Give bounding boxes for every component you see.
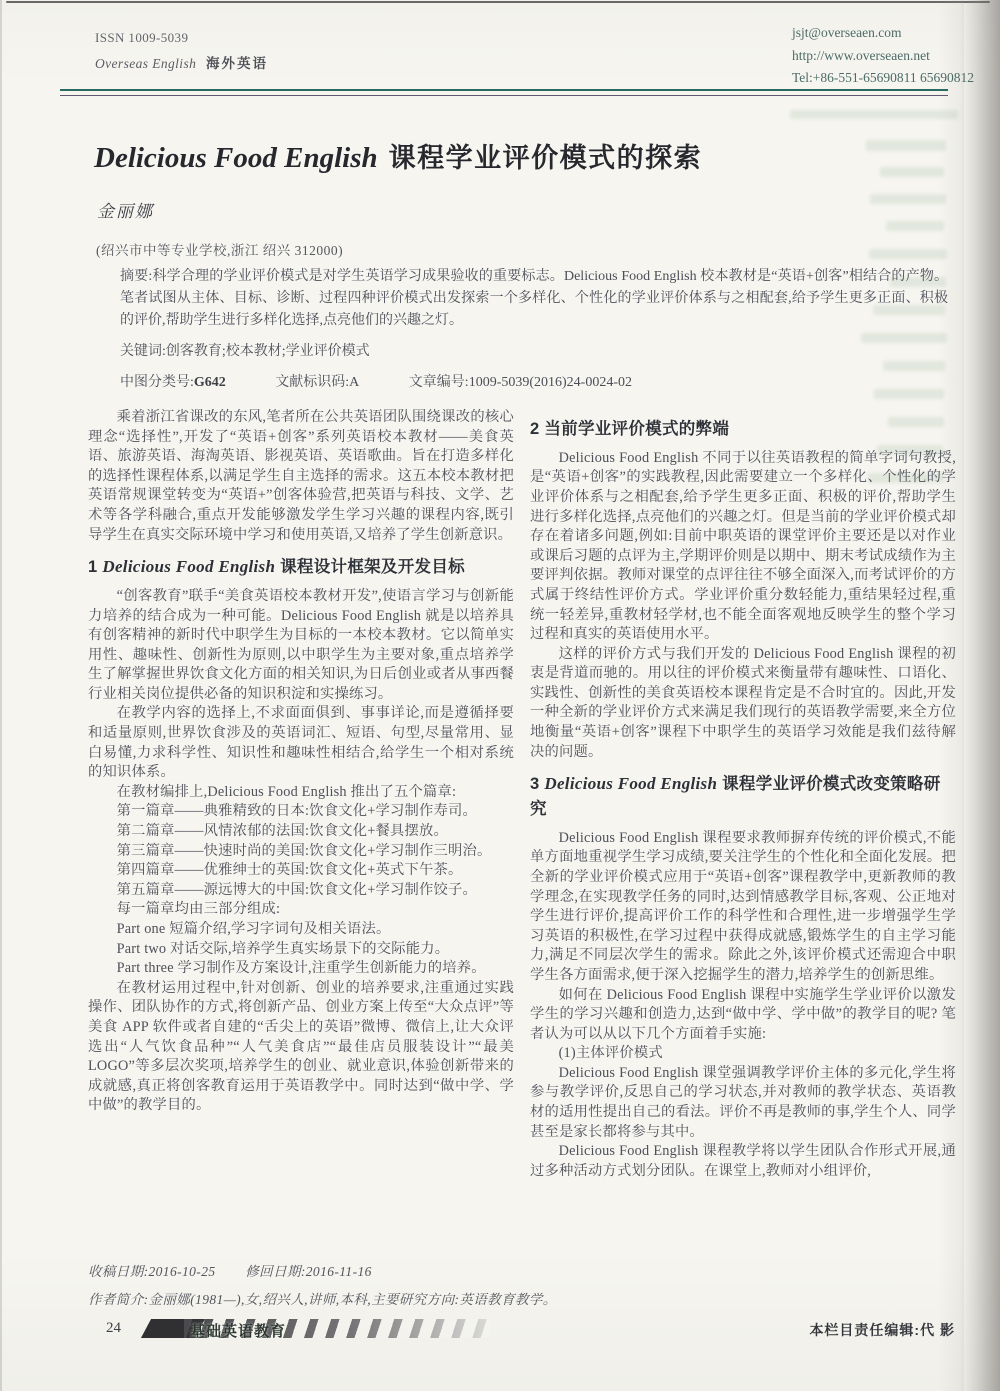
keywords-line: 关键词:创客教育;校本教材;学业评价模式 — [120, 341, 948, 363]
chapter-line: 第三篇章——快速时尚的美国:饮食文化+学习制作三明治。 — [88, 842, 514, 862]
article-title-zh: 课程学业评价模式的探索 — [389, 143, 703, 173]
paragraph: 如何在 Delicious Food English 课程中实施学生学业评价以激… — [530, 986, 956, 1045]
chapter-line: Part two 对话交际,培养学生真实场景下的交际能力。 — [88, 940, 514, 960]
chapter-line: 第二篇章——风情浓郁的法国:饮食文化+餐具摆放。 — [88, 822, 514, 842]
scanned-journal-page: ISSN 1009-5039 Overseas English 海外英语 jsj… — [0, 0, 1000, 1391]
chapter-line: 第四篇章——优雅绅士的英国:饮食文化+英式下午茶。 — [88, 861, 514, 881]
paragraph: Delicious Food English 课程要求教师摒弃传统的评价模式,不… — [530, 829, 956, 986]
contact-tel: Tel:+86-551-65690811 65690812 — [792, 67, 974, 90]
abstract-text: 科学合理的学业评价模式是对学生英语学习成果验收的重要标志。Delicious F… — [120, 269, 948, 328]
article-title-en: Delicious Food English — [94, 142, 378, 174]
section-3-title-en: Delicious Food English — [544, 774, 717, 793]
bio-text: 金丽娜(1981—),女,绍兴人,讲师,本科,主要研究方向:英语教育教学。 — [149, 1292, 557, 1307]
chapter-line: Part three 学习制作及方案设计,注重学生创新能力的培养。 — [88, 959, 514, 979]
keywords-label: 关键词: — [120, 344, 166, 359]
section-1-heading: 1 Delicious Food English 课程设计框架及开发目标 — [88, 554, 514, 580]
page-footer: 24 基础英语教育 本栏目责任编辑:代 影 — [0, 1316, 1000, 1346]
section-band: 基础英语教育 — [138, 1318, 494, 1340]
journal-name: Overseas English 海外英语 — [95, 52, 268, 72]
bio-label: 作者简介: — [88, 1292, 149, 1307]
article-title: Delicious Food English 课程学业评价模式的探索 — [94, 136, 702, 175]
issn: ISSN 1009-5039 — [95, 30, 268, 46]
band-label: 基础英语教育 — [190, 1320, 286, 1341]
contact-email: jsjt@overseaen.com — [792, 22, 974, 45]
bleed-through-mark — [869, 249, 947, 259]
classification-line: 中图分类号:G642 文献标识码:A 文章编号:1009-5039(2016)2… — [120, 372, 948, 394]
doc-code-value: A — [349, 375, 359, 390]
author-affiliation: (绍兴市中等专业学校,浙江 绍兴 312000) — [96, 239, 343, 259]
abstract-block: 摘要:科学合理的学业评价模式是对学生英语学习成果验收的重要标志。Deliciou… — [120, 266, 948, 394]
revised-date: 2016-11-16 — [306, 1264, 372, 1279]
paragraph: 在教学内容的选择上,不求面面俱到、事事详论,而是遵循择要和适量原则,世界饮食涉及… — [88, 704, 514, 782]
contact-website: http://www.overseaen.net — [792, 45, 974, 68]
abstract-paragraph: 摘要:科学合理的学业评价模式是对学生英语学习成果验收的重要标志。Deliciou… — [120, 266, 948, 332]
paragraph: “创客教育”联手“美食英语校本教材开发”,使语言学习与创新能力培养的结合成为一种… — [88, 587, 514, 705]
bleed-through-mark — [866, 140, 946, 151]
abstract-label: 摘要: — [120, 269, 152, 284]
section-1-title-en: Delicious Food English — [102, 557, 275, 576]
paragraph: 在教材编排上,Delicious Food English 推出了五个篇章: — [88, 783, 514, 803]
section-2-heading: 2 当前学业评价模式的弊端 — [530, 417, 956, 442]
footnote-dates: 收稿日期:2016-10-25 修回日期:2016-11-16 — [88, 1258, 788, 1286]
page-curl-shadow — [960, 0, 1000, 1391]
revised-label: 修回日期: — [245, 1264, 306, 1279]
paragraph: Delicious Food English 课程教学将以学生团队合作形式开展,… — [530, 1142, 956, 1181]
bleed-through-mark — [886, 221, 944, 231]
doc-code-label: 文献标识码: — [275, 375, 349, 390]
section-1-title-zh: 课程设计框架及开发目标 — [275, 558, 465, 576]
bleed-through-mark — [790, 110, 958, 119]
journal-name-en: Overseas English — [95, 56, 196, 71]
keywords-text: 创客教育;校本教材;学业评价模式 — [166, 344, 370, 359]
column-right: 2 当前学业评价模式的弊端 Delicious Food English 不同于… — [530, 408, 956, 1181]
paragraph: Delicious Food English 不同于以往英语教程的简单字词句教授… — [530, 449, 956, 645]
chapter-line: Part one 短篇介绍,学习字词句及相关语法。 — [88, 920, 514, 940]
bleed-through-mark — [880, 167, 944, 177]
article-id-label: 文章编号: — [409, 375, 469, 390]
scan-top-edge — [6, 1, 990, 3]
received-date: 2016-10-25 — [149, 1264, 216, 1279]
editor-credit: 本栏目责任编辑:代 影 — [809, 1320, 955, 1340]
chapter-line: 第五篇章——源远博大的中国:饮食文化+学习制作饺子。 — [88, 881, 514, 901]
chapter-line: 第一篇章——典雅精致的日本:饮食文化+学习制作寿司。 — [88, 802, 514, 822]
article-id-value: 1009-5039(2016)24-0024-02 — [469, 375, 632, 390]
section-3-number: 3 — [530, 775, 544, 793]
clc-item: 中图分类号:G642 — [120, 375, 226, 390]
footnote-block: 收稿日期:2016-10-25 修回日期:2016-11-16 作者简介:金丽娜… — [88, 1258, 788, 1313]
journal-masthead: ISSN 1009-5039 Overseas English 海外英语 — [95, 30, 268, 72]
column-left: 乘着浙江省课改的东风,笔者所在公共英语团队围绕课改的核心理念“选择性”,开发了“… — [88, 408, 514, 1181]
paragraph: 在教材运用过程中,针对创新、创业的培养要求,注重通过实践操作、团队协作的方式,将… — [88, 979, 514, 1116]
article-body: 乘着浙江省课改的东风,笔者所在公共英语团队围绕课改的核心理念“选择性”,开发了“… — [88, 408, 956, 1181]
clc-value: G642 — [194, 375, 226, 390]
paragraph: Delicious Food English 课堂强调教学评价主体的多元化,学生… — [530, 1064, 956, 1142]
footnote-bio: 作者简介:金丽娜(1981—),女,绍兴人,讲师,本科,主要研究方向:英语教育教… — [88, 1286, 788, 1314]
paragraph: 这样的评价方式与我们开发的 Delicious Food English 课程的… — [530, 645, 956, 763]
received-label: 收稿日期: — [88, 1264, 149, 1279]
scan-left-edge — [0, 0, 2, 1391]
author-name: 金丽娜 — [97, 197, 154, 222]
doc-code-item: 文献标识码:A — [275, 375, 359, 390]
intro-paragraph: 乘着浙江省课改的东风,笔者所在公共英语团队围绕课改的核心理念“选择性”,开发了“… — [88, 408, 514, 545]
clc-label: 中图分类号: — [120, 375, 194, 390]
page-number: 24 — [106, 1320, 121, 1337]
header-rule — [60, 89, 948, 96]
journal-name-zh: 海外英语 — [206, 56, 268, 71]
section-3-heading: 3 Delicious Food English 课程学业评价模式改变策略研究 — [530, 771, 956, 822]
chapter-line: 每一篇章均由三部分组成: — [88, 900, 514, 920]
bleed-through-mark — [870, 194, 946, 204]
article-id-item: 文章编号:1009-5039(2016)24-0024-02 — [409, 375, 632, 390]
journal-contact: jsjt@overseaen.com http://www.overseaen.… — [792, 22, 974, 90]
section-1-number: 1 — [88, 558, 102, 576]
list-item-paragraph: (1)主体评价模式 — [530, 1044, 956, 1064]
